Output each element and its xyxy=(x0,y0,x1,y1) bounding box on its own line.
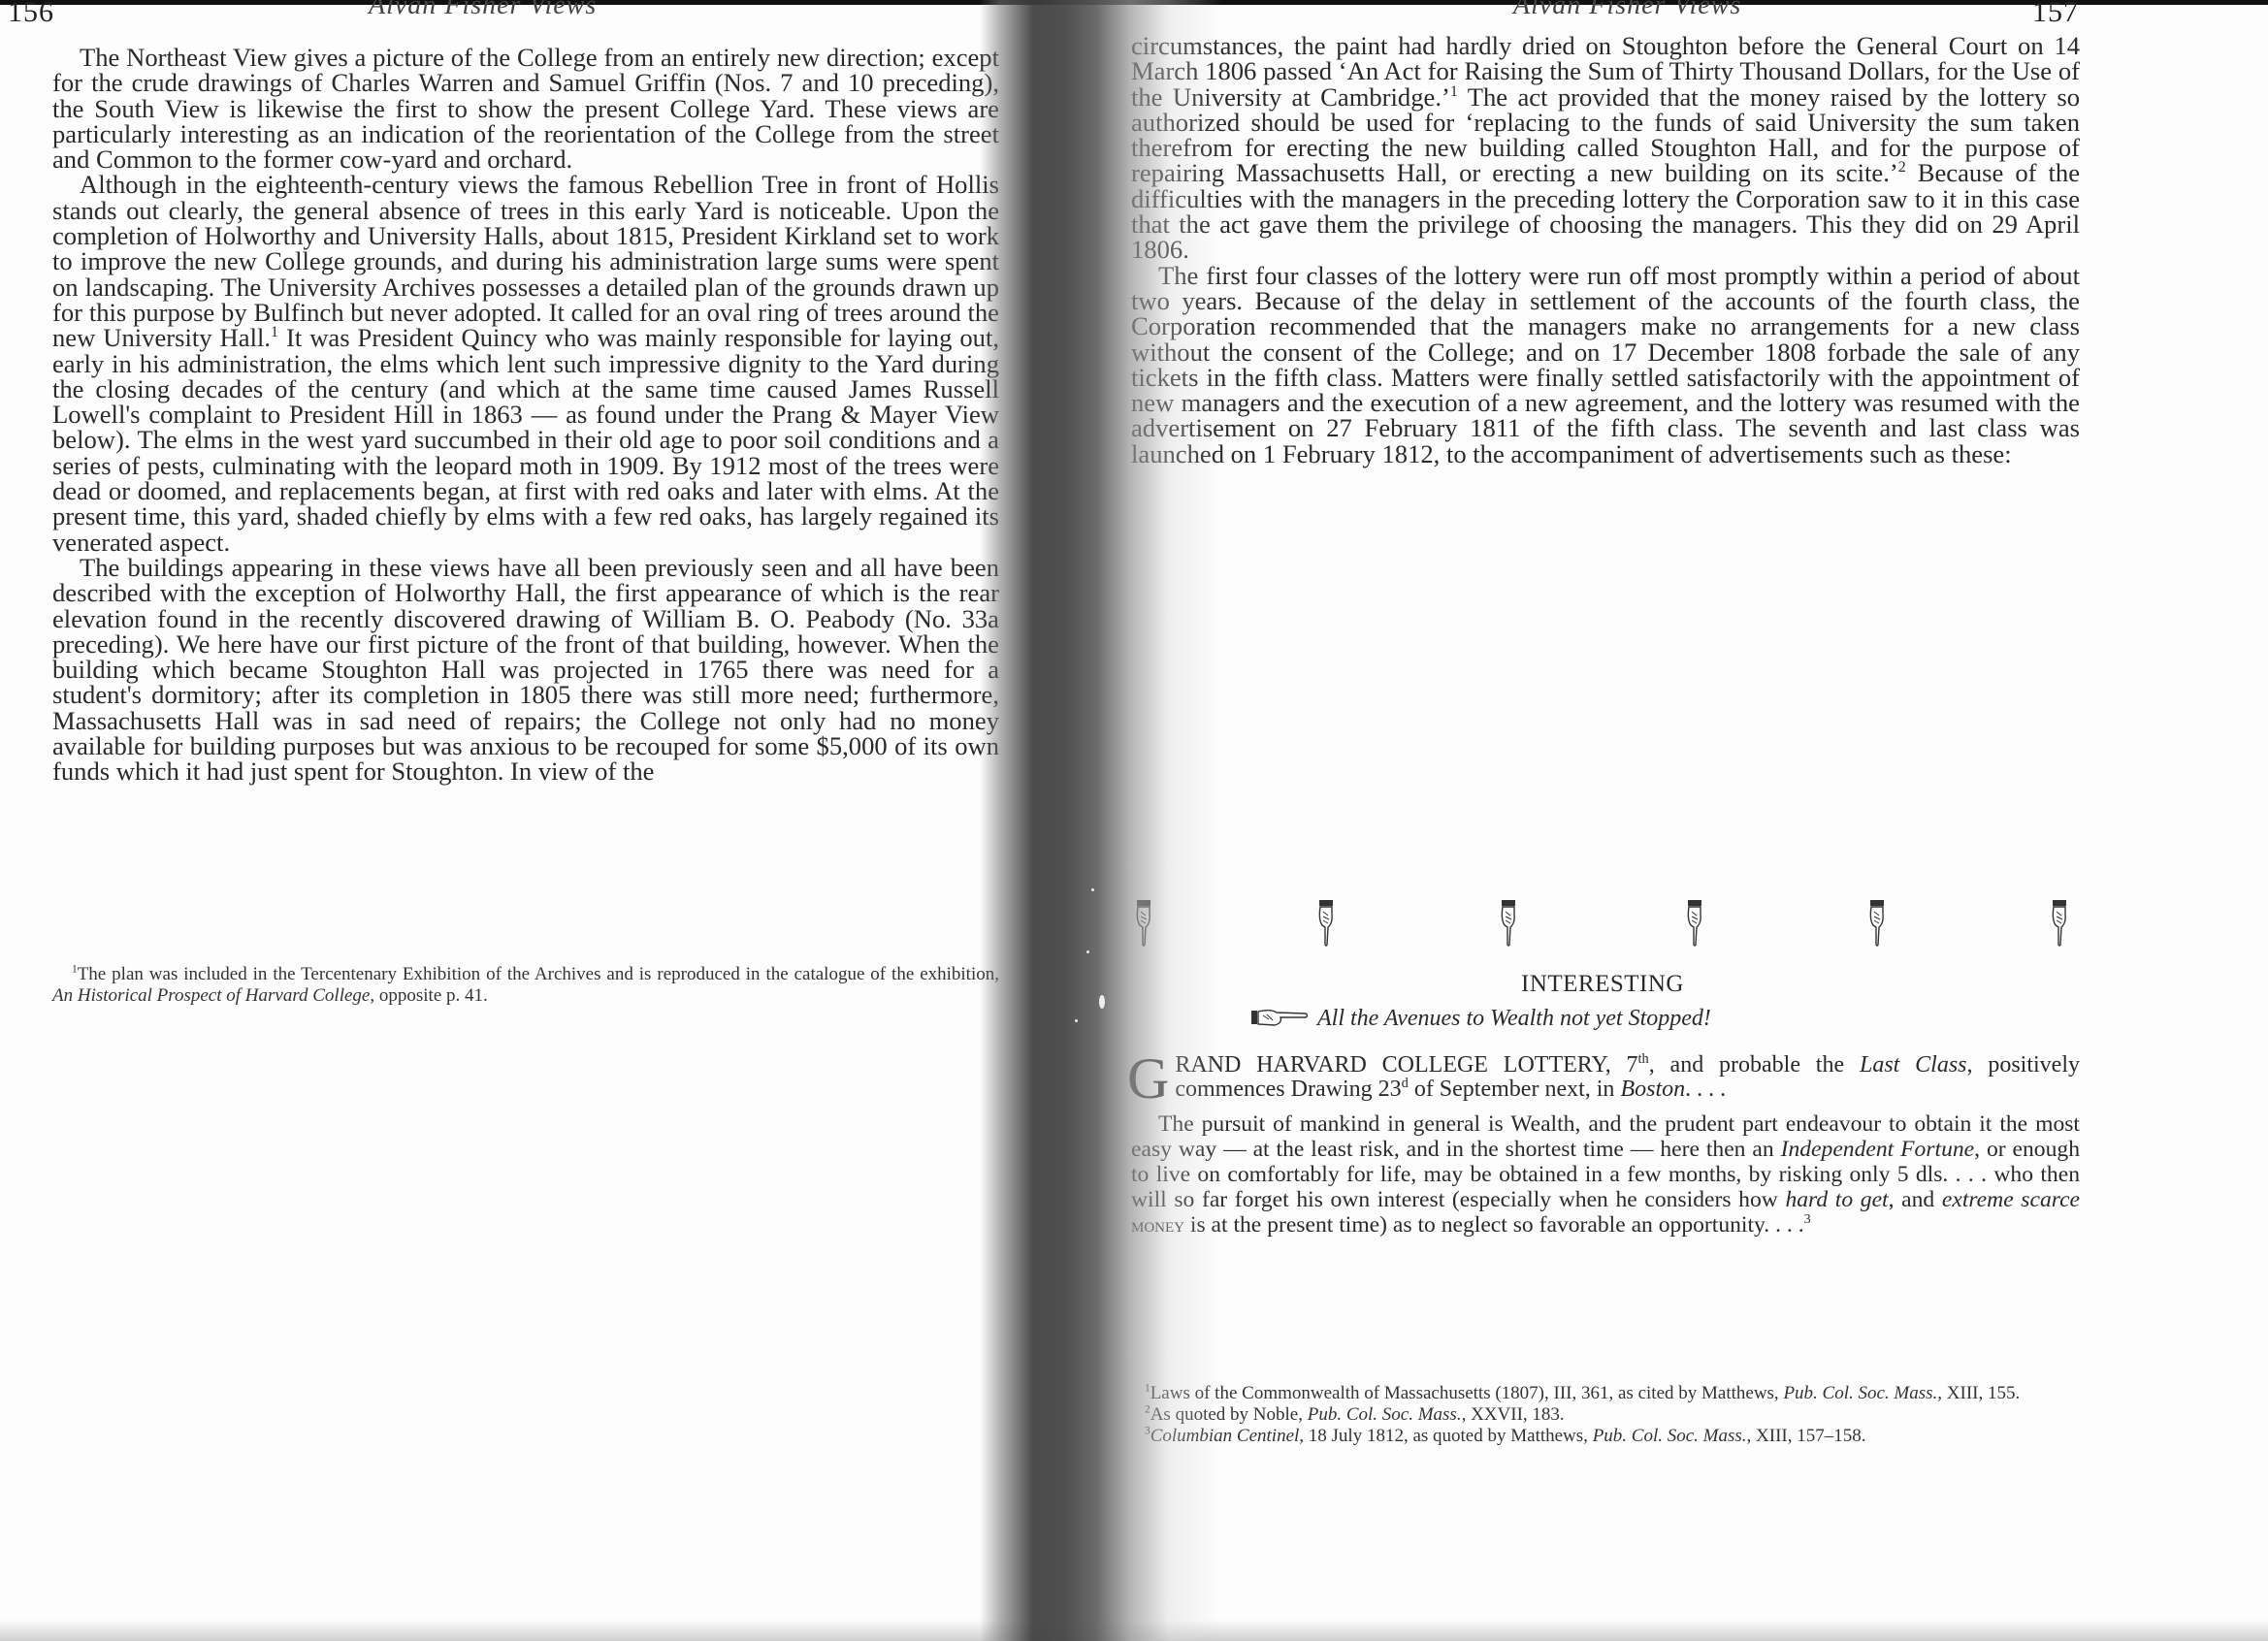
advertisement-lead: GRAND HARVARD COLLEGE LOTTERY, 7th, and … xyxy=(1131,1053,2080,1102)
pointing-hand-down-icon xyxy=(1315,900,1337,947)
footnote-text: , XIII, 155. xyxy=(1937,1383,2020,1403)
advertisement-paragraph: The pursuit of mankind in general is Wea… xyxy=(1131,1111,2080,1238)
body-smallcaps: money xyxy=(1131,1213,1184,1237)
superscript: d xyxy=(1402,1076,1409,1091)
footnote-text: , XIII, 157–158. xyxy=(1747,1426,1866,1446)
footnote: 1The plan was included in the Tercentena… xyxy=(52,964,999,1007)
lead-italic: Last Class xyxy=(1860,1052,1967,1078)
footnote-text: As quoted by Noble, xyxy=(1150,1404,1308,1425)
footnote-marker: 3 xyxy=(1804,1211,1811,1227)
lead-italic: Boston xyxy=(1620,1077,1685,1102)
footnote-text: , opposite p. 41. xyxy=(370,985,487,1006)
paragraph-text: It was President Quincy who was mainly r… xyxy=(52,323,999,556)
footnote-title: An Historical Prospect of Harvard Colleg… xyxy=(52,985,370,1006)
lead-text: of September next, in xyxy=(1409,1077,1621,1102)
pointing-hand-down-icon xyxy=(2049,900,2070,947)
footnote-italic: Pub. Col. Soc. Mass. xyxy=(1308,1404,1462,1425)
superscript: th xyxy=(1638,1051,1649,1067)
footnotes: 1The plan was included in the Tercentena… xyxy=(52,964,999,1007)
running-head: Alvan Fisher Views xyxy=(1513,0,1741,21)
pointing-hands-row xyxy=(1125,900,2080,958)
running-head: Alvan Fisher Views xyxy=(369,0,597,21)
advertisement-tagline: All the Avenues to Wealth not yet Stoppe… xyxy=(1251,1006,1711,1032)
drop-cap: G xyxy=(1127,1055,1169,1102)
scan-speck xyxy=(1099,995,1105,1009)
pointing-hand-right-icon xyxy=(1251,1007,1310,1028)
pointing-hand-down-icon xyxy=(1684,900,1705,947)
scan-speck xyxy=(1091,888,1094,891)
footnote: 2As quoted by Noble, Pub. Col. Soc. Mass… xyxy=(1125,1404,2078,1426)
footnote-italic: Pub. Col. Soc. Mass. xyxy=(1593,1426,1747,1446)
pointing-hand-down-icon xyxy=(1498,900,1519,947)
paragraph: The first four classes of the lottery we… xyxy=(1131,263,2080,467)
footnote-text: Laws of the Commonwealth of Massachusett… xyxy=(1150,1383,1784,1403)
lead-text: , and probable the xyxy=(1649,1052,1860,1078)
footnote-text: The plan was included in the Tercentenar… xyxy=(78,964,999,984)
tagline-text: All the Avenues to Wealth not yet Stoppe… xyxy=(1317,1006,1711,1031)
advertisement-title: INTERESTING xyxy=(1125,971,2080,998)
footnote: 3Columbian Centinel, 18 July 1812, as qu… xyxy=(1125,1426,2078,1447)
body-italic: hard to get xyxy=(1785,1187,1888,1212)
footnotes: 1Laws of the Commonwealth of Massachuset… xyxy=(1125,1383,2078,1447)
footnote-italic: Columbian Centinel xyxy=(1150,1426,1300,1446)
lead-text: RAND HARVARD COLLEGE LOTTERY, 7 xyxy=(1175,1052,1637,1078)
footnote-text: , 18 July 1812, as quoted by Matthews, xyxy=(1299,1426,1592,1446)
paragraph: Although in the eighteenth-century views… xyxy=(52,172,999,554)
body-text: circumstances, the paint had hardly drie… xyxy=(1131,33,2080,467)
paragraph: circumstances, the paint had hardly drie… xyxy=(1131,33,2080,263)
body-text: , and xyxy=(1889,1187,1942,1212)
scan-speck xyxy=(1086,950,1089,953)
footnote: 1Laws of the Commonwealth of Massachuset… xyxy=(1125,1383,2078,1404)
page-number: 157 xyxy=(2032,0,2079,29)
pointing-hand-down-icon xyxy=(1133,900,1154,947)
body-text: The Northeast View gives a picture of th… xyxy=(52,45,999,785)
footnote-italic: Pub. Col. Soc. Mass. xyxy=(1783,1383,1937,1403)
footnote-marker: 1 xyxy=(1450,83,1458,100)
body-italic: Independent Fortune xyxy=(1781,1137,1975,1162)
footnote-marker: 1 xyxy=(271,324,278,340)
paragraph: The Northeast View gives a picture of th… xyxy=(52,45,999,172)
right-page: Alvan Fisher Views 157 circumstances, th… xyxy=(1125,0,2095,1641)
left-page: 156 Alvan Fisher Views The Northeast Vie… xyxy=(0,0,1009,1641)
footnote-marker: 2 xyxy=(1898,160,1906,177)
body-text: is at the present time) as to neglect so… xyxy=(1184,1212,1804,1238)
page-number: 156 xyxy=(8,0,54,29)
advertisement-body: GRAND HARVARD COLLEGE LOTTERY, 7th, and … xyxy=(1131,1053,2080,1238)
paragraph: The buildings appearing in these views h… xyxy=(52,555,999,785)
body-italic: extreme scarce xyxy=(1942,1187,2080,1212)
pointing-hand-down-icon xyxy=(1866,900,1888,947)
lead-text: . . . . xyxy=(1685,1077,1726,1102)
scan-speck xyxy=(1075,1019,1078,1022)
footnote-text: , XXVII, 183. xyxy=(1462,1404,1565,1425)
